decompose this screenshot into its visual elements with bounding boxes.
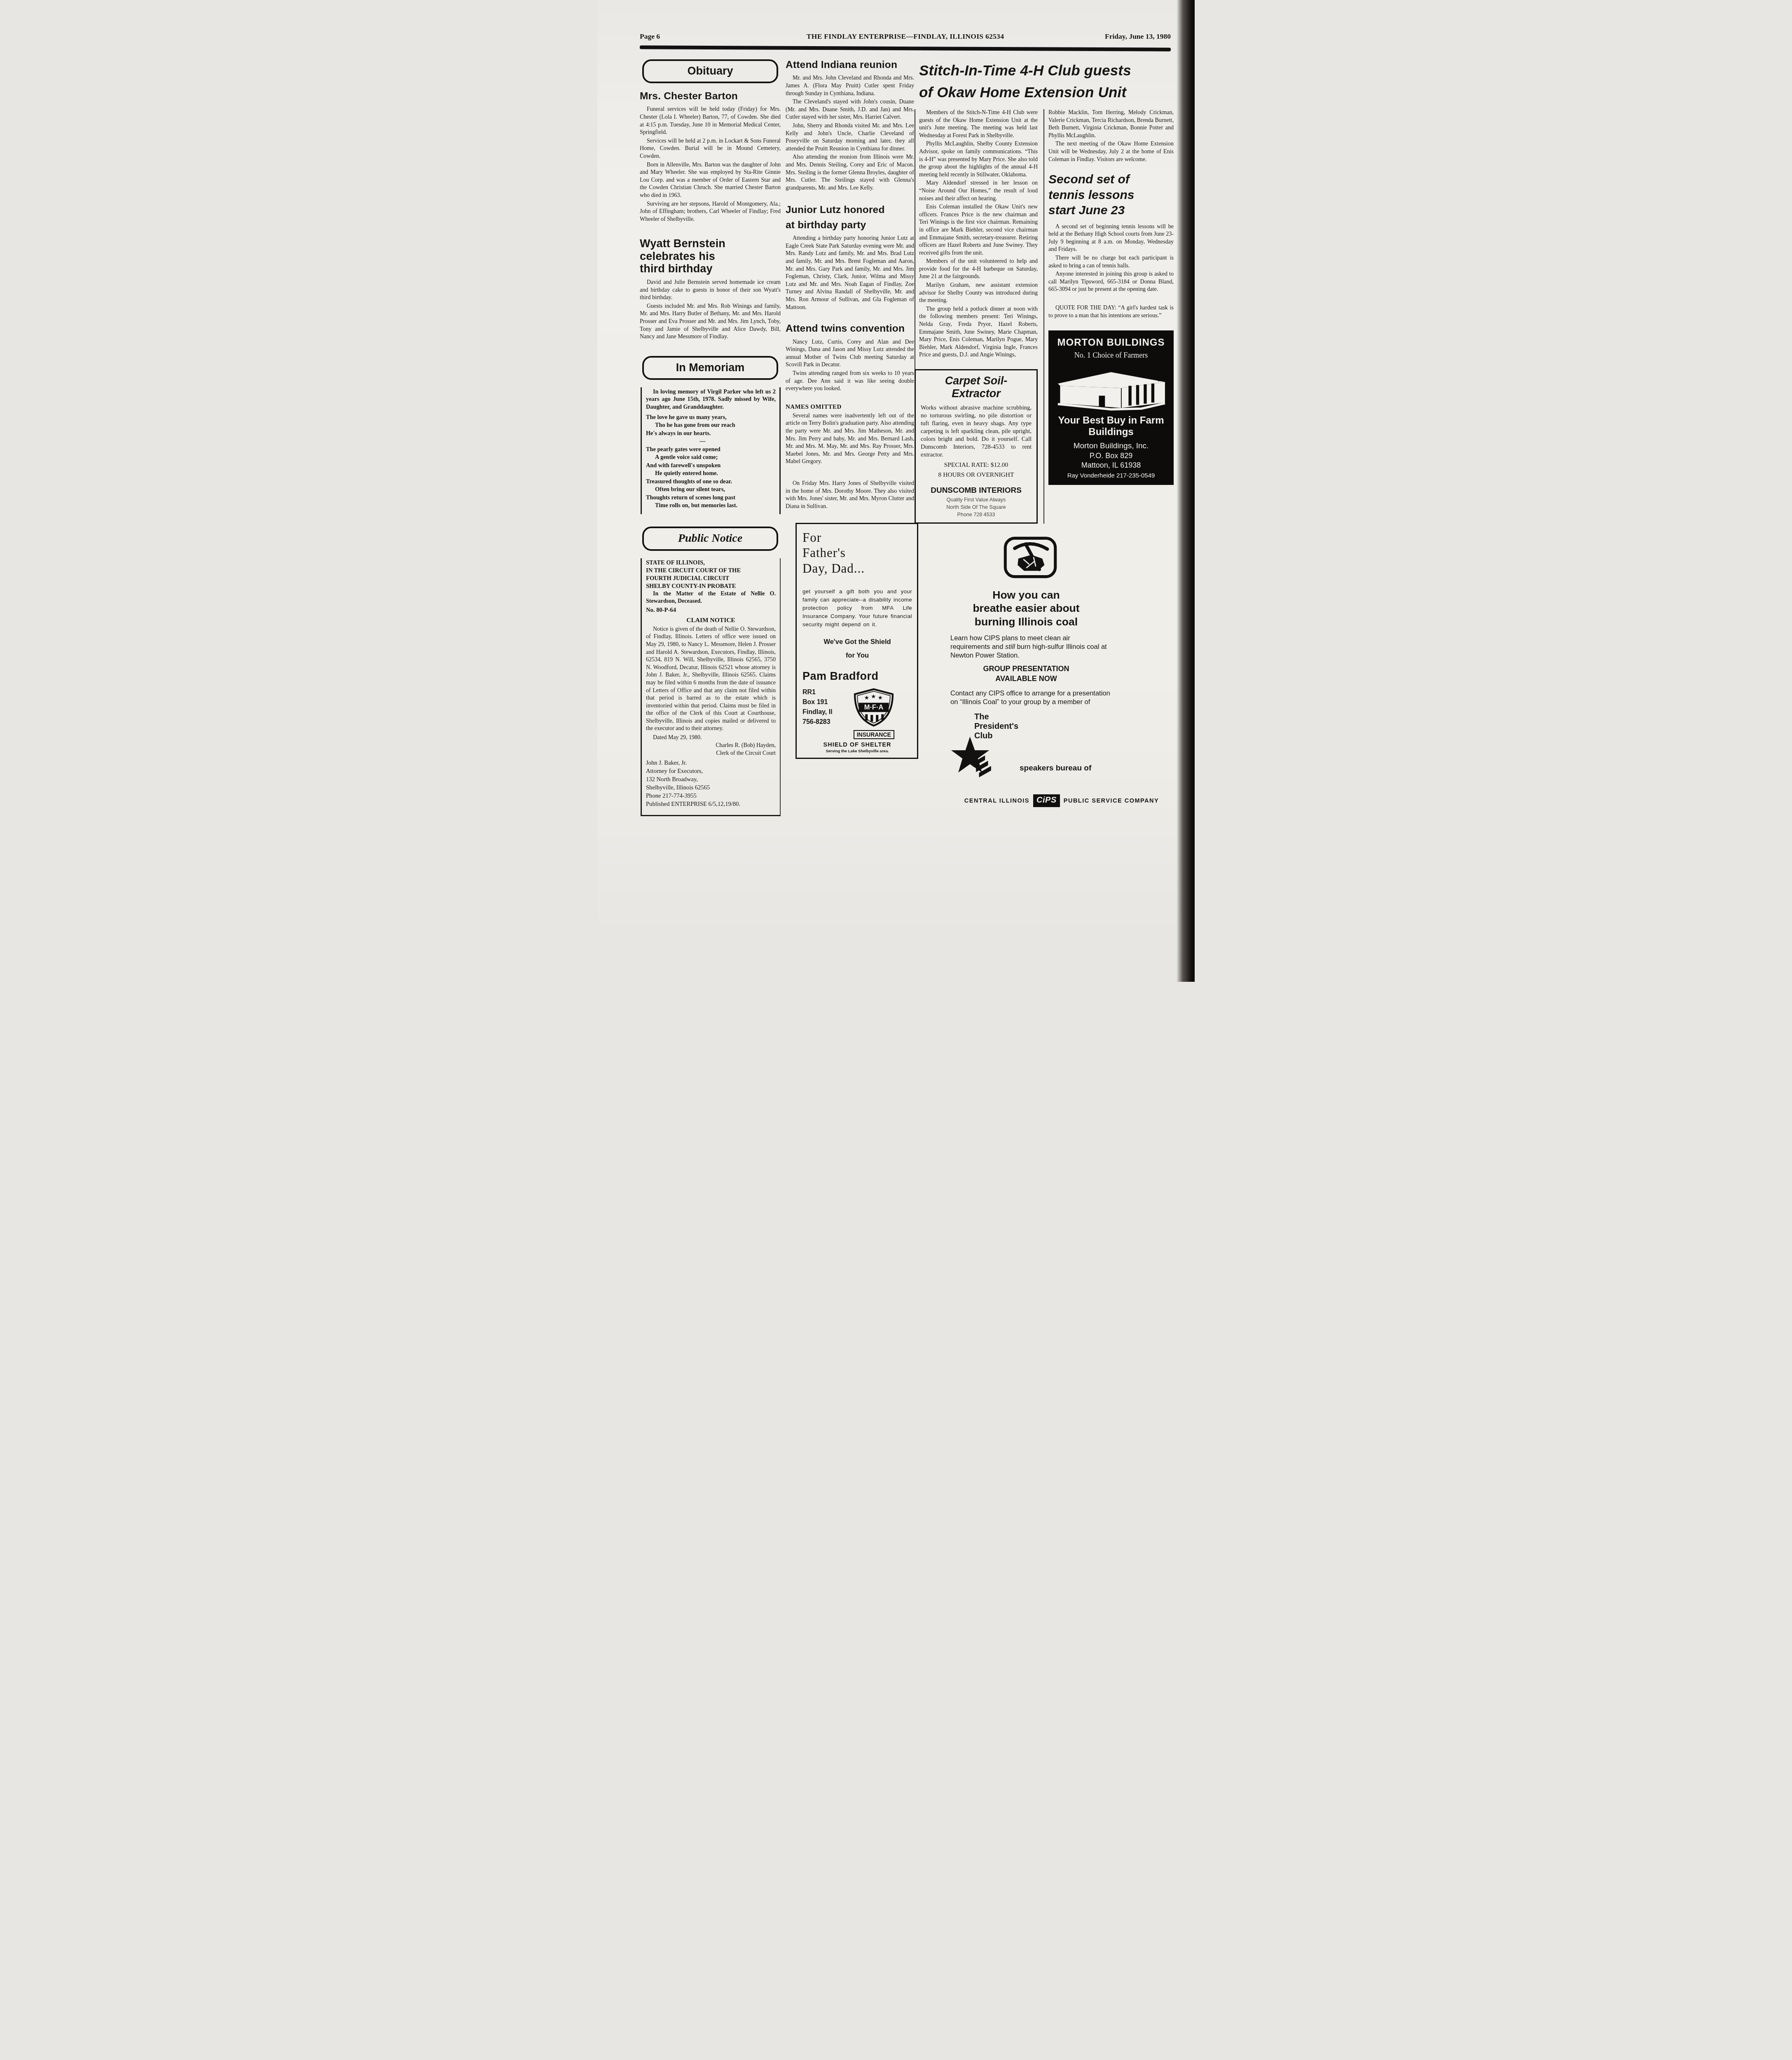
indiana-article-title: Attend Indiana reunion xyxy=(786,59,914,70)
carpet-extractor-ad: Carpet Soil-Extractor Works without abra… xyxy=(915,369,1038,524)
twins-article-title: Attend twins convention xyxy=(786,323,914,334)
mfa-headline-line: Father's xyxy=(802,545,912,560)
poem-line: And with farewell's unspoken xyxy=(646,462,776,470)
carpet-tagline: Phone 728 4533 xyxy=(921,512,1032,517)
cips-body-italic: still xyxy=(1005,643,1015,651)
cips-logo: CiPS xyxy=(1033,794,1060,807)
lutz-title-line: at birthday party xyxy=(786,220,914,231)
obituary-paragraph: Services will be held at 2 p.m. in Locka… xyxy=(640,138,781,161)
column-4: Robbie Macklin, Tom Herring, Melody Cric… xyxy=(1043,109,1174,524)
cips-sub-line: GROUP PRESENTATION xyxy=(983,665,1069,673)
tennis-title-line: start June 23 xyxy=(1048,203,1174,218)
stitch-paragraph: Phyllis McLaughlin, Shelby County Extens… xyxy=(919,140,1038,179)
claim-notice-title: CLAIM NOTICE xyxy=(646,617,776,624)
clerk-title: Clerk of the Circuit Court xyxy=(646,749,776,757)
lutz-title-line: Junior Lutz honored xyxy=(786,204,914,215)
stitch-paragraph: Marilyn Graham, new assistant extension … xyxy=(919,282,1038,305)
poem-line: The pearly gates were opened xyxy=(646,446,776,454)
mfa-agent-name: Pam Bradford xyxy=(802,670,912,683)
mfa-ad-slogan: We've Got the Shield for You xyxy=(802,635,912,662)
poem-line: He's always in our hearts. xyxy=(646,430,776,438)
mfa-headline-line: Day, Dad... xyxy=(802,561,912,576)
page-header: Page 6 THE FINDLAY ENTERPRISE—FINDLAY, I… xyxy=(640,32,1171,41)
obituary-box-heading: Obituary xyxy=(642,59,778,83)
claim-notice-body: Notice is given of the death of Nellie O… xyxy=(646,626,776,733)
attorney-line: Attorney for Executors, xyxy=(646,767,776,775)
farm-building-illustration xyxy=(1053,364,1169,412)
attorney-line: Shelbyville, Illinois 62565 xyxy=(646,784,776,792)
stitch-article-columns: Members of the Stitch-N-Time 4-H Club we… xyxy=(919,109,1171,524)
indiana-paragraph: Mr. and Mrs. John Cleveland and Rhonda a… xyxy=(786,75,914,98)
memoriam-box-label: In Memoriam xyxy=(676,361,745,374)
obituary-article-title: Mrs. Chester Barton xyxy=(640,91,781,102)
attorney-line: 132 North Broadway, xyxy=(646,775,776,784)
bernstein-title-line: Wyatt Bernstein xyxy=(640,237,781,250)
presidents-club-star-icon xyxy=(950,734,1003,784)
cips-ad-headline: How you can breathe easier about burning… xyxy=(950,588,1102,628)
cips-sub-line: AVAILABLE NOW xyxy=(995,674,1057,683)
column-3: Members of the Stitch-N-Time 4-H Club we… xyxy=(915,109,1038,524)
mfa-logo-text: M·F·A xyxy=(864,704,884,711)
morton-ad-slogan: Your Best Buy in Farm Buildings xyxy=(1053,415,1169,438)
morton-ad-subtitle: No. 1 Choice of Farmers xyxy=(1053,351,1169,360)
public-notice-box-heading: Public Notice xyxy=(642,527,778,551)
mfa-slogan-line: We've Got the Shield xyxy=(823,638,891,646)
morton-po-box: P.O. Box 829 xyxy=(1053,452,1169,460)
scan-edge-shadow xyxy=(1177,0,1195,982)
tennis-article-title: Second set of tennis lessons start June … xyxy=(1048,172,1174,218)
tennis-title-line: tennis lessons xyxy=(1048,187,1174,203)
stitch-paragraph: The next meeting of the Okaw Home Extens… xyxy=(1048,140,1174,164)
mfa-ad-body: get yourself a gift both you and your fa… xyxy=(802,588,912,629)
indiana-paragraph: John, Sherry and Rhonda visited Mr. and … xyxy=(786,122,914,153)
mfa-agent-address: RR1 Box 191 Findlay, Il 756-8283 xyxy=(802,688,833,739)
clerk-signature: Charles R. (Bob) Hayden, xyxy=(646,742,776,749)
bernstein-title-line: third birthday xyxy=(640,262,781,275)
stitch-paragraph: Robbie Macklin, Tom Herring, Melody Cric… xyxy=(1048,109,1174,140)
indiana-paragraph: Also attending the reunion from Illinois… xyxy=(786,154,914,192)
cips-group-presentation: GROUP PRESENTATION AVAILABLE NOW xyxy=(950,664,1102,684)
cips-headline-line: breathe easier about xyxy=(950,602,1102,615)
stitch-paragraph: Enis Coleman installed the Okaw Unit's n… xyxy=(919,204,1038,257)
indiana-paragraph: The Cleveland's stayed with John's cousi… xyxy=(786,98,914,122)
names-omitted-title: NAMES OMITTED xyxy=(786,404,914,411)
morton-city: Mattoon, IL 61938 xyxy=(1053,461,1169,470)
poem-divider: — xyxy=(646,438,776,446)
cips-footer-right: PUBLIC SERVICE COMPANY xyxy=(1064,798,1159,804)
lutz-article-title: Junior Lutz honored at birthday party xyxy=(786,204,914,231)
carpet-rate-line: SPECIAL RATE: $12.00 xyxy=(921,461,1032,469)
column-1: Obituary Mrs. Chester Barton Funeral ser… xyxy=(640,59,781,816)
mfa-shield-star: ★ xyxy=(878,695,883,701)
page-columns: Obituary Mrs. Chester Barton Funeral ser… xyxy=(640,59,1171,816)
carpet-ad-body: Works without abrasive machine scrubbing… xyxy=(921,404,1032,459)
stitch-paragraph: Mary Aldendorf stressed in her lesson on… xyxy=(919,180,1038,203)
carpet-tagline: North Side Of The Square xyxy=(921,504,1032,510)
cips-ad-body-1: Learn how CIPS plans to meet clean air r… xyxy=(950,634,1111,660)
cips-footer-left: CENTRAL ILLINOIS xyxy=(964,798,1029,804)
poem-line: He quietly entered home. xyxy=(646,470,776,478)
bernstein-paragraph: David and Julie Bernstein served homemad… xyxy=(640,279,781,302)
mfa-serving-line: Serving the Lake Shelbyville area. xyxy=(802,749,912,754)
masthead-title: THE FINDLAY ENTERPRISE—FINDLAY, ILLINOIS… xyxy=(743,32,1068,41)
club-line: The xyxy=(974,712,1173,722)
court-line: STATE OF ILLINOIS, xyxy=(646,559,776,567)
quote-for-the-day: QUOTE FOR THE DAY: “A girl's hardest tas… xyxy=(1048,304,1174,320)
header-rule xyxy=(640,45,1171,51)
mfa-address-line: RR1 xyxy=(802,688,833,698)
memoriam-box-heading: In Memoriam xyxy=(642,356,778,380)
carpet-ad-title: Carpet Soil-Extractor xyxy=(921,375,1032,400)
morton-company-name: Morton Buildings, Inc. xyxy=(1053,442,1169,451)
stitch-article-title: Stitch-In-Time 4-H Club guests of Okaw H… xyxy=(919,60,1171,103)
lutz-paragraph: Attending a birthday party honoring Juni… xyxy=(786,235,914,311)
attorney-line: Phone 217-774-3955 xyxy=(646,792,776,800)
tennis-paragraph: There will be no charge but each partici… xyxy=(1048,255,1174,270)
club-line: President's xyxy=(974,722,1173,731)
mfa-shield-icon: ★ ★ ★ M·F·A xyxy=(852,688,895,727)
cips-headline-line: burning Illinois coal xyxy=(950,615,1102,628)
stitch-title-line: of Okaw Home Extension Unit xyxy=(919,82,1171,104)
morton-slogan-line: Your Best Buy in Farm xyxy=(1058,415,1164,426)
tennis-title-line: Second set of xyxy=(1048,172,1174,187)
carpet-store-name: DUNSCOMB INTERIORS xyxy=(921,486,1032,495)
court-line: SHELBY COUNTY-IN PROBATE xyxy=(646,583,776,590)
mfa-insurance-label: INSURANCE xyxy=(854,730,894,739)
public-notice-body: STATE OF ILLINOIS, IN THE CIRCUIT COURT … xyxy=(641,558,781,817)
dated-line: Dated May 29, 1980. xyxy=(646,734,776,742)
names-omitted-paragraph: Several names were inadvertently left ou… xyxy=(786,412,914,466)
jones-social-note: On Friday Mrs. Harry Jones of Shelbyvill… xyxy=(786,480,914,510)
bernstein-title-line: celebrates his xyxy=(640,250,781,262)
bernstein-article-title: Wyatt Bernstein celebrates his third bir… xyxy=(640,237,781,275)
mfa-slogan-line: for You xyxy=(846,652,869,659)
morton-buildings-ad: MORTON BUILDINGS No. 1 Choice of Farmers xyxy=(1048,330,1174,485)
stitch-paragraph: Members of the unit volunteered to help … xyxy=(919,258,1038,281)
mfa-headline-line: For xyxy=(802,530,912,545)
poem-line: A gentle voice said come; xyxy=(646,454,776,462)
poem-line: Time rolls on, but memories last. xyxy=(646,502,776,510)
morton-contact: Ray Vonderheide 217-235-0549 xyxy=(1053,472,1169,479)
morton-slogan-line: Buildings xyxy=(1088,426,1133,438)
mfa-shield-of-shelter: SHIELD OF SHELTER xyxy=(802,742,912,748)
cips-headline-line: How you can xyxy=(950,588,1102,602)
attorney-line: Published ENTERPRISE 6/5,12,19/80. xyxy=(646,800,776,808)
memoriam-intro: In loving memory of Virgil Parker who le… xyxy=(646,388,776,411)
obituary-paragraph: Funeral services will be held today (Fri… xyxy=(640,106,781,136)
mfa-ad-footer: RR1 Box 191 Findlay, Il 756-8283 ★ ★ ★ xyxy=(802,688,912,739)
obituary-paragraph: Surviving are her stepsons, Harold of Mo… xyxy=(640,201,781,224)
attorney-block: John J. Baker, Jr. Attorney for Executor… xyxy=(646,759,776,808)
mfa-address-line: 756-8283 xyxy=(802,717,833,727)
tennis-paragraph: A second set of beginning tennis lessons… xyxy=(1048,223,1174,254)
poem-line: Often bring our silent tears, xyxy=(646,486,776,494)
cips-coal-ad: How you can breathe easier about burning… xyxy=(950,536,1173,807)
stitch-paragraph: The group held a potluck dinner at noon … xyxy=(919,306,1038,359)
poem-line: The love he gave us many years, xyxy=(646,414,776,422)
issue-date: Friday, June 13, 1980 xyxy=(1068,32,1171,41)
cips-company-footer: CENTRAL ILLINOIS CiPS PUBLIC SERVICE COM… xyxy=(950,794,1173,807)
speakers-bureau-label: speakers bureau of xyxy=(1020,764,1091,784)
column-2: Attend Indiana reunion Mr. and Mrs. John… xyxy=(786,59,914,816)
mfa-insurance-ad: For Father's Day, Dad... get yourself a … xyxy=(795,523,918,759)
mfa-address-line: Box 191 xyxy=(802,698,833,707)
carpet-rate-line: 8 HOURS OR OVERNIGHT xyxy=(921,471,1032,479)
carpet-tagline: Quality First Value Always xyxy=(921,497,1032,503)
memoriam-poem: The love he gave us many years, Tho he h… xyxy=(646,414,776,510)
case-number: No. 80-P-64 xyxy=(646,606,776,614)
court-line: IN THE CIRCUIT COURT OF THE xyxy=(646,567,776,575)
attorney-line: John J. Baker, Jr. xyxy=(646,759,776,767)
presidents-club-row: speakers bureau of xyxy=(950,734,1173,784)
bernstein-paragraph: Guests included Mr. and Mrs. Rob Winings… xyxy=(640,303,781,341)
court-line: FOURTH JUDICIAL CIRCUIT xyxy=(646,575,776,583)
morton-ad-title: MORTON BUILDINGS xyxy=(1053,337,1169,349)
cips-ad-body-2: Contact any CIPS office to arrange for a… xyxy=(950,689,1111,707)
twins-paragraph: Twins attending ranged from six weeks to… xyxy=(786,370,914,393)
mfa-shield-logo: ★ ★ ★ M·F·A INSURANCE xyxy=(836,688,912,739)
public-notice-box-label: Public Notice xyxy=(678,532,742,545)
page-number: Page 6 xyxy=(640,32,743,41)
twins-paragraph: Nancy Lutz, Curtis, Corey and Alan and D… xyxy=(786,339,914,369)
newspaper-page: Page 6 THE FINDLAY ENTERPRISE—FINDLAY, I… xyxy=(597,0,1195,982)
mfa-shield-star: ★ xyxy=(864,695,869,701)
memoriam-notice: In loving memory of Virgil Parker who le… xyxy=(641,387,781,514)
mfa-address-line: Findlay, Il xyxy=(802,707,833,717)
tennis-paragraph: Anyone interested in joining this group … xyxy=(1048,271,1174,294)
stitch-title-line: Stitch-In-Time 4-H Club guests xyxy=(919,60,1171,82)
columns-3-4: Stitch-In-Time 4-H Club guests of Okaw H… xyxy=(919,59,1171,816)
mfa-ad-headline: For Father's Day, Dad... xyxy=(802,530,912,576)
obituary-paragraph: Born in Allenville, Mrs. Barton was the … xyxy=(640,162,781,200)
stitch-paragraph: Members of the Stitch-N-Time 4-H Club we… xyxy=(919,109,1038,140)
poem-line: Tho he has gone from our reach xyxy=(646,421,776,430)
pickaxe-coal-icon xyxy=(1003,536,1173,581)
poem-line: Treasured thoughts of one so dear. xyxy=(646,478,776,486)
estate-matter: In the Matter of the Estate of Nellie O.… xyxy=(646,590,776,606)
obituary-box-label: Obituary xyxy=(687,65,733,77)
mfa-shield-star: ★ xyxy=(871,693,876,700)
poem-line: Thoughts return of scenes long past xyxy=(646,494,776,502)
